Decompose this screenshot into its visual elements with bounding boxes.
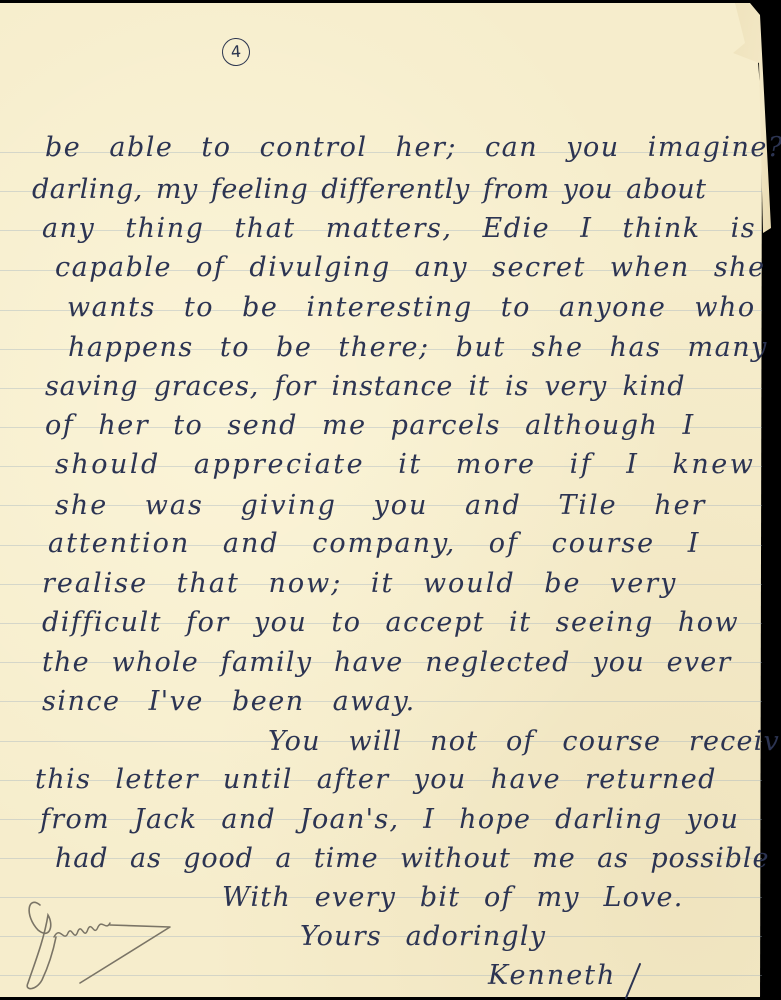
letter-line: since I've been away. bbox=[42, 686, 416, 717]
letter-line: of her to send me parcels although I bbox=[45, 410, 695, 441]
letter-line: should appreciate it more if I knew bbox=[55, 449, 755, 480]
letter-line: darling, my feeling differently from you… bbox=[32, 174, 707, 205]
signature-flourish-icon bbox=[620, 962, 644, 1000]
letter-line: saving graces, for instance it is very k… bbox=[45, 371, 685, 402]
letter-line: happens to be there; but she has many bbox=[68, 332, 768, 363]
signature-kenneth: Kenneth bbox=[488, 960, 616, 991]
pencil-signature-icon bbox=[10, 885, 180, 995]
letter-line: the whole family have neglected you ever bbox=[42, 647, 732, 678]
letter-line: this letter until after you have returne… bbox=[35, 764, 717, 795]
letter-line: capable of divulging any secret when she bbox=[55, 252, 766, 283]
letter-line: be able to control her; can you imagine? bbox=[45, 132, 781, 163]
letter-line: You will not of course receive bbox=[268, 726, 781, 757]
letter-line: wants to be interesting to anyone who bbox=[67, 292, 756, 323]
letter-line: she was giving you and Tile her bbox=[55, 490, 706, 521]
letter-line: any thing that matters, Edie I think is bbox=[42, 213, 756, 244]
letter-line: difficult for you to accept it seeing ho… bbox=[42, 607, 739, 638]
closing-line: With every bit of my Love. bbox=[222, 882, 684, 913]
letter-line: realise that now; it would be very bbox=[42, 568, 677, 599]
letter-line: attention and company, of course I bbox=[48, 528, 700, 559]
valediction: Yours adoringly bbox=[300, 921, 546, 952]
letter-line: had as good a time without me as possibl… bbox=[55, 843, 769, 874]
letter-line: from Jack and Joan's, I hope darling you bbox=[40, 804, 739, 835]
